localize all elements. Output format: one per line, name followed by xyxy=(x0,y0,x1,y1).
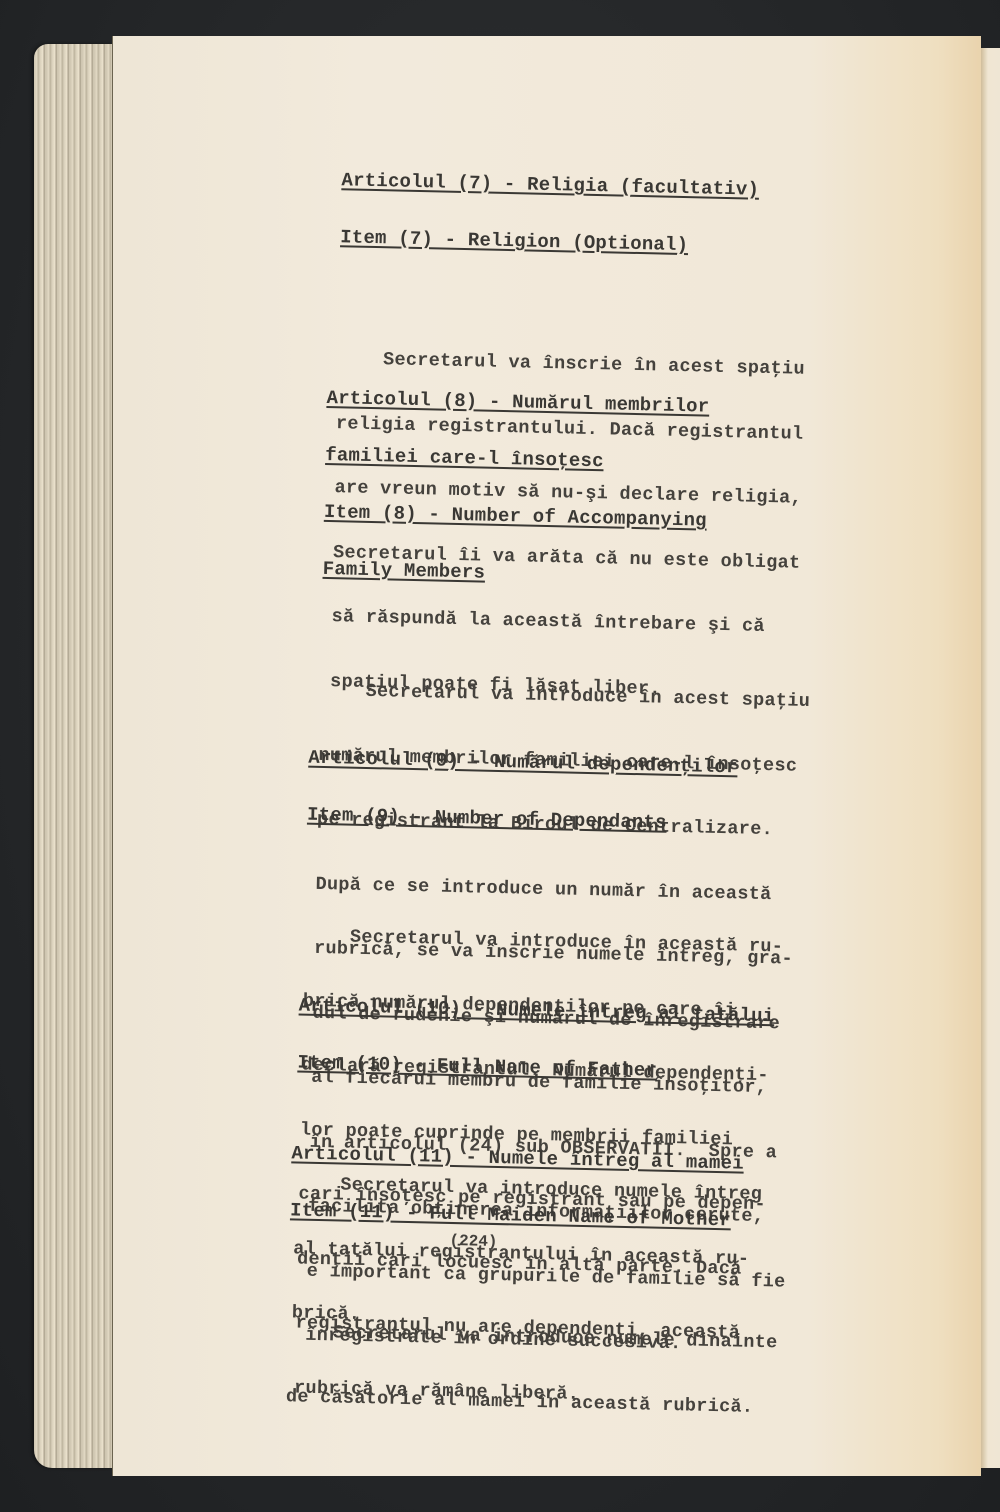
heading-romanian: Articolul (7) - Religia (facultativ) xyxy=(341,171,809,201)
page-number: (224) xyxy=(449,1232,497,1251)
heading-english: Item (7) - Religion (Optional) xyxy=(340,228,808,258)
section-body: Secretarul va introduce numele dinainte … xyxy=(285,1278,779,1461)
section-heading: Articolul (9) - Numărul dependenţilor It… xyxy=(306,711,788,874)
heading-romanian: Articolul (8) - Numărul membrilor xyxy=(326,389,817,419)
heading-english: Item (11) - Full Maiden Name of Mother xyxy=(290,1201,781,1231)
heading-english-cont: Family Members xyxy=(322,560,813,590)
book-page: Articolul (7) - Religia (facultativ) Ite… xyxy=(112,36,981,1476)
section-heading: Articolul (10) - Numele întreg al tatălu… xyxy=(296,958,775,1121)
section-heading: Articolul (7) - Religia (facultativ) Ite… xyxy=(339,133,810,296)
body-line: de căsătorie al mamei în această rubrică… xyxy=(286,1386,777,1419)
section-item-11: Articolul (11) - Numele întreg al mamei … xyxy=(285,1106,783,1461)
body-line: Secretarul va introduce în această ru- xyxy=(304,926,783,958)
heading-romanian: Articolul (10) - Numele întreg al tatălu… xyxy=(299,996,775,1026)
heading-english: Item (9) - Number of Dependants xyxy=(307,806,786,836)
section-heading: Articolul (8) - Numărul membrilor famili… xyxy=(322,351,818,628)
heading-romanian: Articolul (11) - Numele întreg al mamei xyxy=(291,1144,782,1174)
body-line: Secretarul va introduce în acest spaţiu xyxy=(320,680,811,713)
heading-romanian-cont: familiei care-l însoţesc xyxy=(325,446,816,476)
heading-romanian: Articolul (9) - Numărul dependenţilor xyxy=(308,749,787,779)
section-heading: Articolul (11) - Numele întreg al mamei … xyxy=(289,1106,783,1269)
page-content: Articolul (7) - Religia (facultativ) Ite… xyxy=(96,24,996,1483)
heading-english: Item (10) - Full Name of Father xyxy=(297,1053,773,1083)
heading-english: Item (8) - Number of Accompanying xyxy=(324,503,815,533)
body-line: Secretarul va introduce numele dinainte xyxy=(287,1321,778,1354)
